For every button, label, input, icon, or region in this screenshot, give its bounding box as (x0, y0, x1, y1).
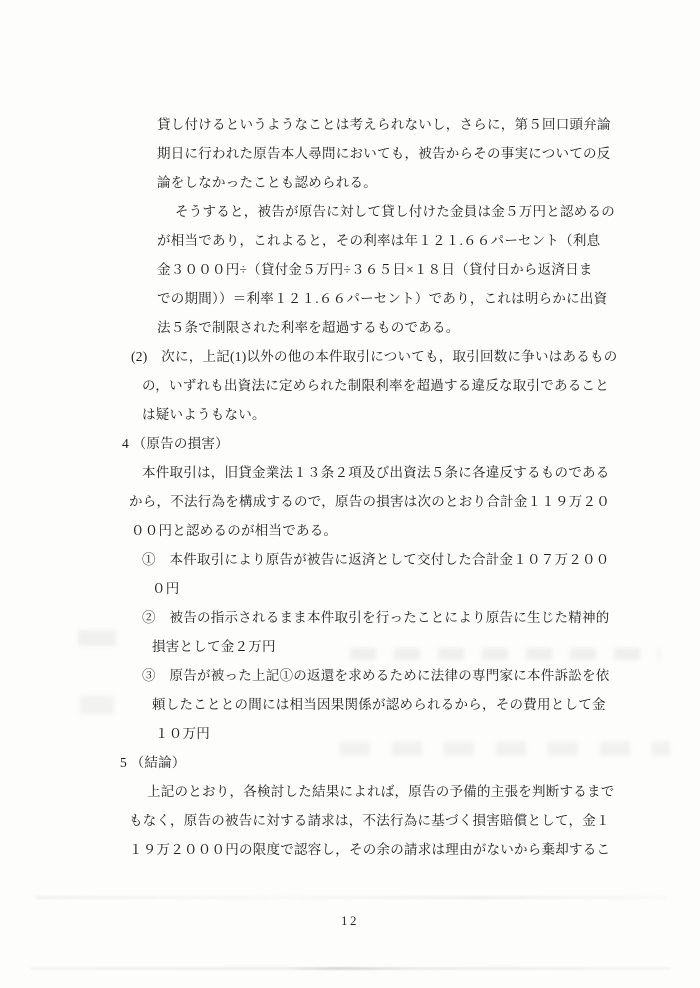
text-line: 期日に行われた原告本人尋問においても，被告からその事実についての反 (157, 139, 700, 168)
text-line: もなく，原告の被告に対する請求は，不法行為に基づく損害賠償として，金１ (129, 806, 700, 835)
list-item-3: ③ 原告が被った上記①の返還を求めるために法律の専門家に本件訴訟を依 (142, 661, 700, 690)
text-line: での期間））＝利率１２１.６６パーセント）であり，これは明らかに出資 (157, 284, 700, 313)
text-line: から，不法行為を構成するので，原告の損害は次のとおり合計金１１９万２０ (129, 487, 700, 516)
scan-artifact (36, 896, 666, 899)
section-heading-4: 4 （原告の損害） (122, 429, 700, 458)
text-line: は疑いようもない。 (142, 400, 700, 429)
document-page: 貸し付けるというようなことは考えられないし，さらに，第５回口頭弁論 期日に行われ… (0, 0, 700, 988)
text-line: 法５条で制限された利率を超過するものである。 (157, 313, 700, 342)
text-line: 頼したこととの間には相当因果関係が認められるから，その費用として金 (152, 690, 700, 719)
text-line: １０万円 (155, 719, 700, 748)
text-line: 貸し付けるというようなことは考えられないし，さらに，第５回口頭弁論 (157, 110, 700, 139)
text-line: 金３０００円÷（貸付金５万円÷３６５日×１８日（貸付日から返済日ま (157, 255, 700, 284)
text-line: 論をしなかったことも認められる。 (157, 168, 700, 197)
text-line: そうすると，被告が原告に対して貸し付けた金員は金５万円と認めるの (175, 197, 700, 226)
section-heading-5: 5 （結論） (120, 748, 700, 777)
page-number: 12 (0, 906, 700, 935)
text-line: が相当であり，これよると，その利率は年１２１.６６パーセント（利息 (157, 226, 700, 255)
text-line: １９万２０００円の限度で認容し，その余の請求は理由がないから棄却するこ (129, 835, 700, 864)
text-line: ００円と認めるのが相当である。 (131, 516, 700, 545)
text-line: 本件取引は，旧貸金業法１３条２項及び出資法５条に各違反するものである (142, 458, 700, 487)
text-line: ０円 (152, 574, 700, 603)
scan-artifact (30, 967, 670, 970)
list-item-1: ① 本件取引により原告が被告に返済として交付した合計金１０７万２００ (142, 545, 700, 574)
text-line: 損害として金２万円 (152, 632, 700, 661)
text-line: の，いずれも出資法に定められた制限利率を超過する違反な取引であること (142, 371, 700, 400)
text-line: 上記のとおり，各検討した結果によれば，原告の予備的主張を判断するまで (147, 777, 700, 806)
document-body: 貸し付けるというようなことは考えられないし，さらに，第５回口頭弁論 期日に行われ… (0, 110, 700, 864)
text-line-item-2: (2) 次に，上記(1)以外の他の本件取引についても，取引回数に争いはあるもの (131, 342, 700, 371)
list-item-2: ② 被告の指示されるまま本件取引を行ったことにより原告に生じた精神的 (142, 603, 700, 632)
